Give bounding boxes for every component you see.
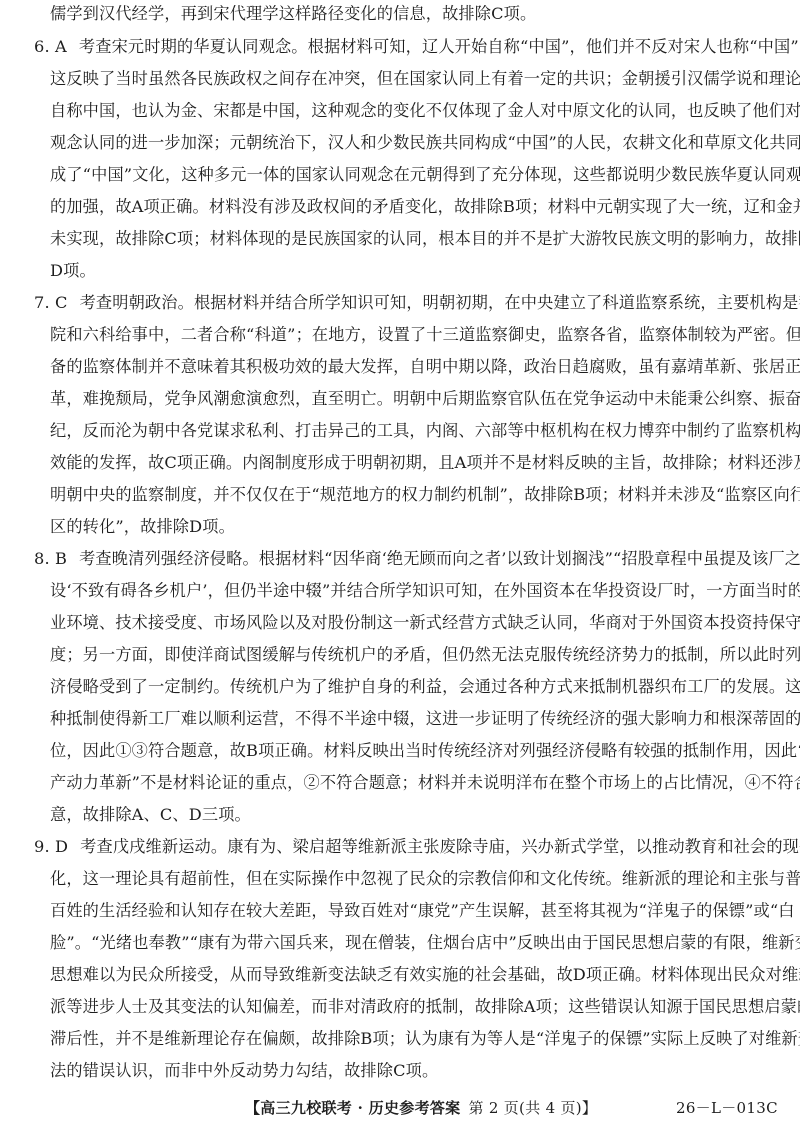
text-line: D项。: [50, 261, 96, 281]
text-line: 区的转化”，故排除D项。: [50, 517, 235, 537]
text-line: 设‘不致有碍各乡机户’，但仍半途中辍”并结合所学知识可知，在外国资本在华投资设厂…: [50, 581, 800, 601]
text-line: 滞后性，并不是维新理论存在偏颇，故排除B项；认为康有为等人是“洋鬼子的保镖”实际…: [50, 1029, 800, 1049]
text-line: 儒学到汉代经学，再到宋代理学这样路径变化的信息，故排除C项。: [50, 4, 536, 24]
answer-item-6: 6. A考查宋元时期的华夏认同观念。根据材料可知，辽人开始自称“中国”，他们并不…: [34, 37, 800, 57]
text-line: 意，故排除A、C、D三项。: [50, 805, 251, 825]
text-line: 化，这一理论具有超前性，但在实际操作中忽视了民众的宗教信仰和文化传统。维新派的理…: [50, 869, 800, 889]
text-line: 考查戊戌维新运动。康有为、梁启超等维新派主张废除寺庙，兴办新式学堂，以推动教育和…: [80, 837, 800, 856]
text-line: 济侵略受到了一定制约。传统机户为了维护自身的利益，会通过各种方式来抵制机器织布工…: [50, 677, 800, 697]
answer-label: 8. B: [34, 549, 67, 569]
text-line: 考查晚清列强经济侵略。根据材料“因华商‘绝无顾而向之者’以致计划搁浅”“招股章程…: [79, 549, 800, 568]
text-line: 自称中国，也认为金、宋都是中国，这种观念的变化不仅体现了金人对中原文化的认同，也…: [50, 101, 800, 121]
text-line: 院和六科给事中，二者合称“科道”；在地方，设置了十三道监察御史，监察各省，监察体…: [50, 325, 800, 345]
text-line: 革，难挽颓局，党争风潮愈演愈烈，直至明亡。明朝中后期监察官队伍在党争运动中未能秉…: [50, 389, 800, 409]
text-line: 思想难以为民众所接受，从而导致维新变法缺乏有效实施的社会基础，故D项正确。材料体…: [50, 965, 800, 985]
text-line: 法的错误认识，而非中外反动势力勾结，故排除C项。: [50, 1061, 438, 1081]
document-code: 26－L－013C: [676, 1098, 778, 1118]
footer-page-number: 第 2 页(共 4 页)】: [468, 1099, 597, 1117]
answer-label: 9. D: [34, 837, 68, 857]
text-line: 纪，反而沦为朝中各党谋求私利、打击异己的工具，内阁、六部等中枢机构在权力博弈中制…: [50, 421, 800, 441]
answer-key-page: 儒学到汉代经学，再到宋代理学这样路径变化的信息，故排除C项。 6. A考查宋元时…: [0, 0, 800, 1137]
answer-label: 6. A: [34, 37, 67, 57]
text-line: 的加强，故A项正确。材料没有涉及政权间的矛盾变化，故排除B项；材料中元朝实现了大…: [50, 197, 800, 217]
text-line: 成了“中国”文化，这种多元一体的国家认同观念在元朝得到了充分体现，这些都说明少数…: [50, 165, 800, 185]
text-line: 明朝中央的监察制度，并不仅仅在于“规范地方的权力制约机制”，故排除B项；材料并未…: [50, 485, 800, 505]
text-line: 派等进步人士及其变法的认知偏差，而非对清政府的抵制，故排除A项；这些错误认知源于…: [50, 997, 800, 1017]
answer-item-9: 9. D考查戊戌维新运动。康有为、梁启超等维新派主张废除寺庙，兴办新式学堂，以推…: [34, 837, 800, 857]
text-line: 考查宋元时期的华夏认同观念。根据材料可知，辽人开始自称“中国”，他们并不反对宋人…: [79, 37, 800, 56]
answer-label: 7. C: [34, 293, 68, 313]
text-line: 这反映了当时虽然各民族政权之间存在冲突，但在国家认同上有着一定的共识；金朝援引汉…: [50, 69, 800, 89]
text-line: 效能的发挥，故C项正确。内阁制度形成于明朝初期，且A项并不是材料反映的主旨，故排…: [50, 453, 800, 473]
text-line: 种抵制使得新工厂难以顺利运营，不得不半途中辍，这进一步证明了传统经济的强大影响力…: [50, 709, 800, 729]
text-line: 度；另一方面，即使洋商试图缓解与传统机户的矛盾，但仍然无法克服传统经济势力的抵制…: [50, 645, 800, 665]
text-line: 产动力革新”不是材料论证的重点，②不符合题意；材料并未说明洋布在整个市场上的占比…: [50, 773, 800, 793]
footer-title: 【高三九校联考 · 历史参考答案第 2 页(共 4 页)】: [245, 1098, 597, 1118]
text-line: 脸”。“光绪也奉教”“康有为带六国兵来，现在僧装，住烟台店中”反映出由于国民思想…: [50, 933, 800, 953]
text-line: 考查明朝政治。根据材料并结合所学知识可知，明朝初期，在中央建立了科道监察系统，主…: [80, 293, 800, 312]
text-line: 业环境、技术接受度、市场风险以及对股份制这一新式经营方式缺乏认同，华商对于外国资…: [50, 613, 800, 633]
text-line: 未实现，故排除C项；材料体现的是民族国家的认同，根本目的并不是扩大游牧民族文明的…: [50, 229, 800, 249]
text-line: 备的监察体制并不意味着其积极功效的最大发挥，自明中期以降，政治日趋腐败，虽有嘉靖…: [50, 357, 800, 377]
answer-item-7: 7. C考查明朝政治。根据材料并结合所学知识可知，明朝初期，在中央建立了科道监察…: [34, 293, 800, 313]
text-line: 位，因此①③符合题意，故B项正确。材料反映出当时传统经济对列强经济侵略有较强的抵…: [50, 741, 800, 761]
text-line: 观念认同的进一步加深；元朝统治下，汉人和少数民族共同构成“中国”的人民，农耕文化…: [50, 133, 800, 153]
footer-title-text: 【高三九校联考 · 历史参考答案: [245, 1099, 460, 1117]
text-line: 百姓的生活经验和认知存在较大差距，导致百姓对“康党”产生误解，甚至将其视为“洋鬼…: [50, 901, 795, 921]
answer-item-8: 8. B考查晚清列强经济侵略。根据材料“因华商‘绝无顾而向之者’以致计划搁浅”“…: [34, 549, 800, 569]
